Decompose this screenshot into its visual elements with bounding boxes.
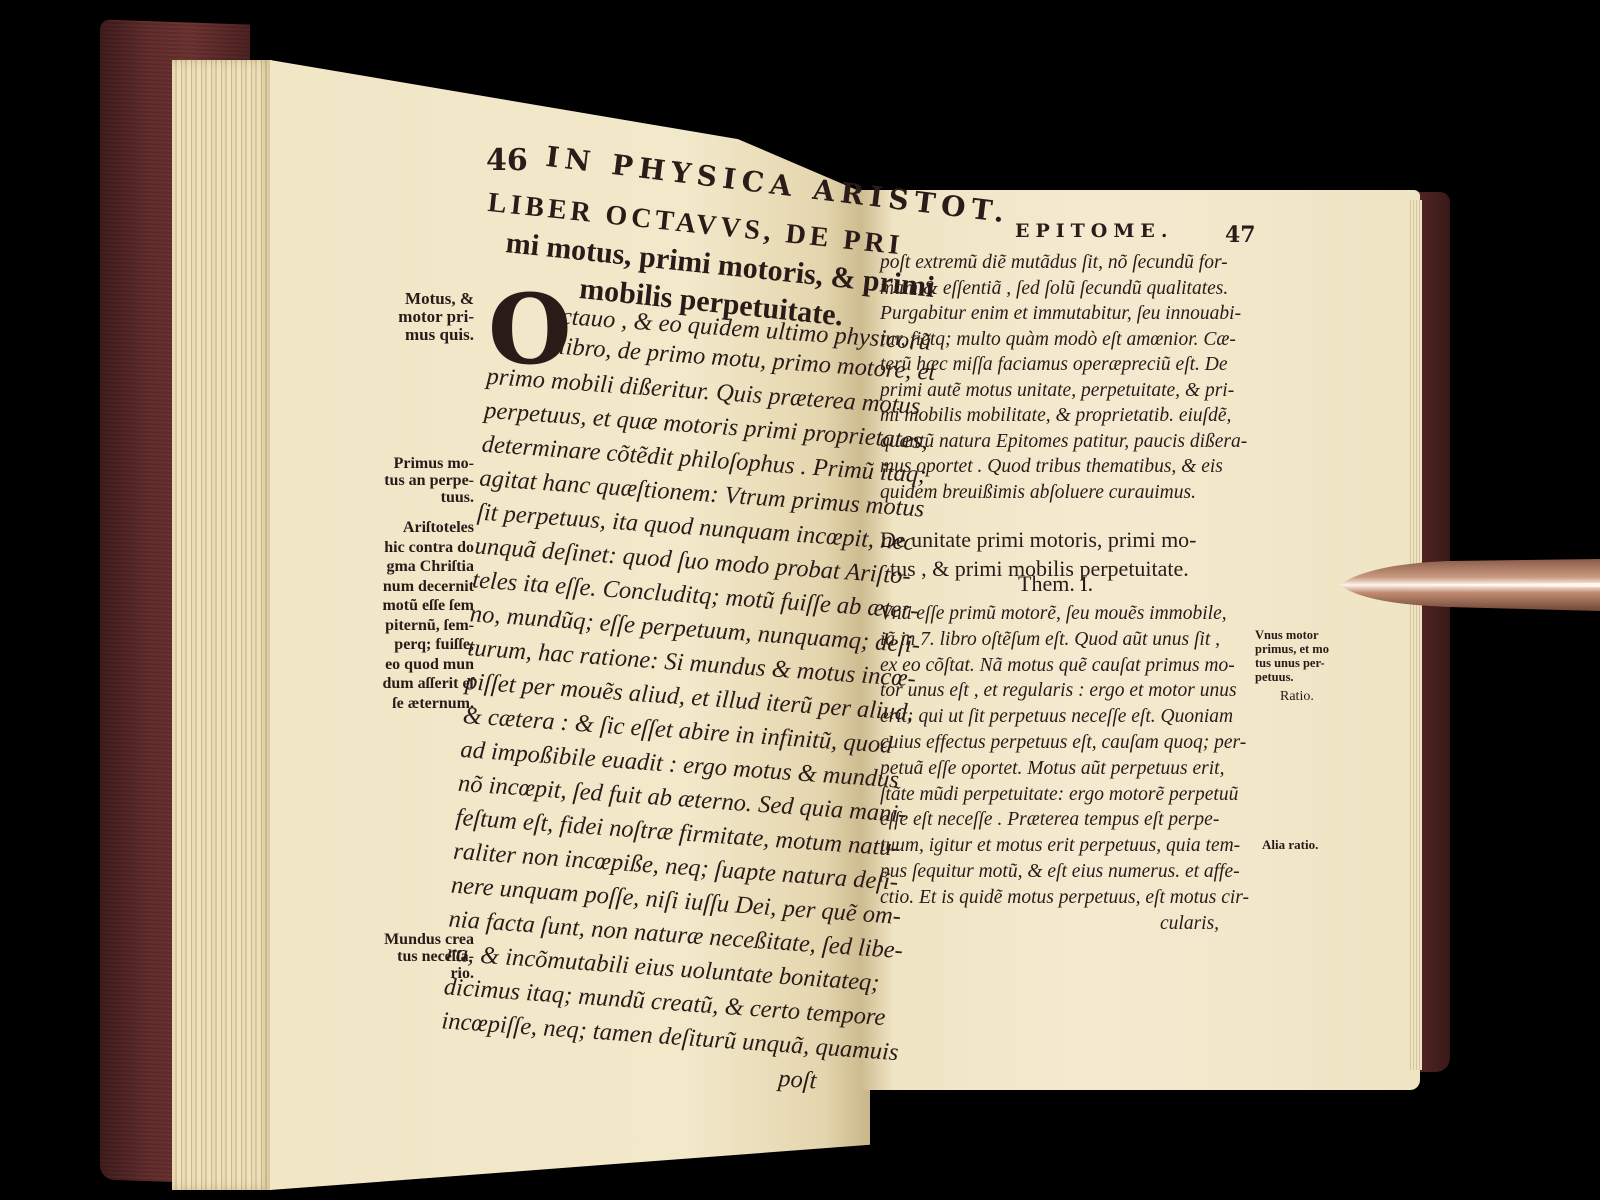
margin-note-line: Vnus motor (1255, 628, 1329, 642)
catchword: cularis, (880, 914, 1249, 940)
margin-note-right-2: Ratio. (1280, 690, 1314, 705)
margin-note-line: dum aſſerit eſ (356, 674, 474, 694)
text-line: eſſe eſt neceſſe . Præterea tempus eſt p… (880, 810, 1249, 836)
margin-note-line: tus unus per- (1255, 656, 1329, 670)
text-line: mam & eſſentiã , ſed ſolũ ſecundũ qualit… (880, 279, 1247, 305)
text-line: Purgabitur enim et immutabitur, ſeu inno… (880, 304, 1247, 330)
text-line: Vnũ eſſe primũ motorẽ, ſeu mouẽs immobil… (880, 604, 1249, 630)
margin-note-left-4: Mundus crea tus neceſſa- rio. (360, 932, 474, 982)
margin-note-left-1: Motus, & motor pri- mus quis. (368, 290, 474, 344)
text-line: primi autẽ motus unitate, perpetuitate, … (880, 381, 1247, 407)
margin-note-left-3: Ariſtoteles hic contra do gma Chriſtia n… (356, 518, 474, 713)
margin-note-line: Ariſtoteles (356, 518, 474, 538)
margin-note-line: tus neceſſa- (360, 949, 474, 966)
text-line: mus oportet . Quod tribus thematibus, & … (880, 457, 1247, 483)
theme-label: Them. I. (1018, 573, 1093, 595)
text-line: tuum, igitur et motus erit perpetuus, qu… (880, 836, 1249, 862)
text-line: ctio. Et is quidẽ motus perpetuus, eſt m… (880, 888, 1249, 914)
left-body-text: ctauo , & eo quidem ultimo physicorũ lib… (438, 300, 949, 1109)
margin-note-line: hic contra do (356, 538, 474, 558)
text-line: pus ſequitur motũ, & eſt eius numerus. e… (880, 862, 1249, 888)
folio-right: 47 (1225, 222, 1256, 248)
margin-note-line: Mundus crea (360, 932, 474, 949)
folio-left: 46 (486, 143, 528, 178)
margin-note-line: tus an perpe- (356, 473, 474, 490)
page-edges-right (1408, 200, 1422, 1070)
margin-note-line: motũ eſſe ſem (356, 596, 474, 616)
text-line: terũ hæc miſſa faciamus operæpreciũ eſt.… (880, 355, 1247, 381)
text-line: cuius effectus perpetuus eſt, cauſam quo… (880, 733, 1249, 759)
margin-note-line: num decernit (356, 577, 474, 597)
section-heading-line: De unitate primi motoris, primi mo- (880, 525, 1197, 554)
metal-pointer-icon (1338, 557, 1600, 613)
margin-note-left-2: Primus mo- tus an perpe- tuus. (356, 456, 474, 506)
text-line: tur, fietq; multo quàm modò eſt amœnior.… (880, 330, 1247, 356)
text-line: quidem breuißimis abſoluere curauimus. (880, 483, 1247, 509)
margin-note-right-3: Alia ratio. (1262, 838, 1318, 852)
margin-note-line: petuus. (1255, 670, 1329, 684)
running-head-right: EPITOME. (1015, 220, 1173, 242)
text-line: erit: qui ut ſit perpetuus neceſſe eſt. … (880, 707, 1249, 733)
margin-note-line: Ratio. (1280, 690, 1314, 705)
margin-note-line: tuus. (356, 490, 474, 507)
right-body-text-b: Vnũ eſſe primũ motorẽ, ſeu mouẽs immobil… (880, 604, 1249, 939)
text-line: mi mobilis mobilitate, & proprietatib. e… (880, 406, 1247, 432)
margin-note-line: motor pri- (368, 308, 474, 326)
margin-note-right-1: Vnus motor primus, et mo tus unus per- p… (1255, 628, 1329, 684)
text-line: petuã eſſe oportet. Motus aũt perpetuus … (880, 759, 1249, 785)
text-line: poſt extremũ diẽ mutãdus ſit, nõ ſecundũ… (880, 253, 1247, 279)
margin-note-line: Primus mo- (356, 456, 474, 473)
text-line: ex eo cõſtat. Nã motus quẽ cauſat primus… (880, 656, 1249, 682)
margin-note-line: ſe æternum. (356, 694, 474, 714)
margin-note-line: Motus, & (368, 290, 474, 308)
margin-note-line: Alia ratio. (1262, 838, 1318, 852)
text-line: ſtãte mũdi perpetuitate: ergo motorẽ per… (880, 785, 1249, 811)
margin-note-line: piternũ, ſem- (356, 616, 474, 636)
margin-note-line: primus, et mo (1255, 642, 1329, 656)
margin-note-line: mus quis. (368, 326, 474, 344)
margin-note-line: rio. (360, 966, 474, 983)
right-body-text-a: poſt extremũ diẽ mutãdus ſit, nõ ſecundũ… (880, 253, 1247, 508)
text-line: quantũ natura Epitomes patitur, paucis d… (880, 432, 1247, 458)
page-edges-left (172, 60, 272, 1190)
text-line: tor unus eſt , et regularis : ergo et mo… (880, 681, 1249, 707)
text-line: iã in 7. libro oſtẽſum eſt. Quod aũt unu… (880, 630, 1249, 656)
margin-note-line: perq; fuiſſe, (356, 635, 474, 655)
margin-note-line: gma Chriſtia (356, 557, 474, 577)
margin-note-line: eo quod mun (356, 655, 474, 675)
